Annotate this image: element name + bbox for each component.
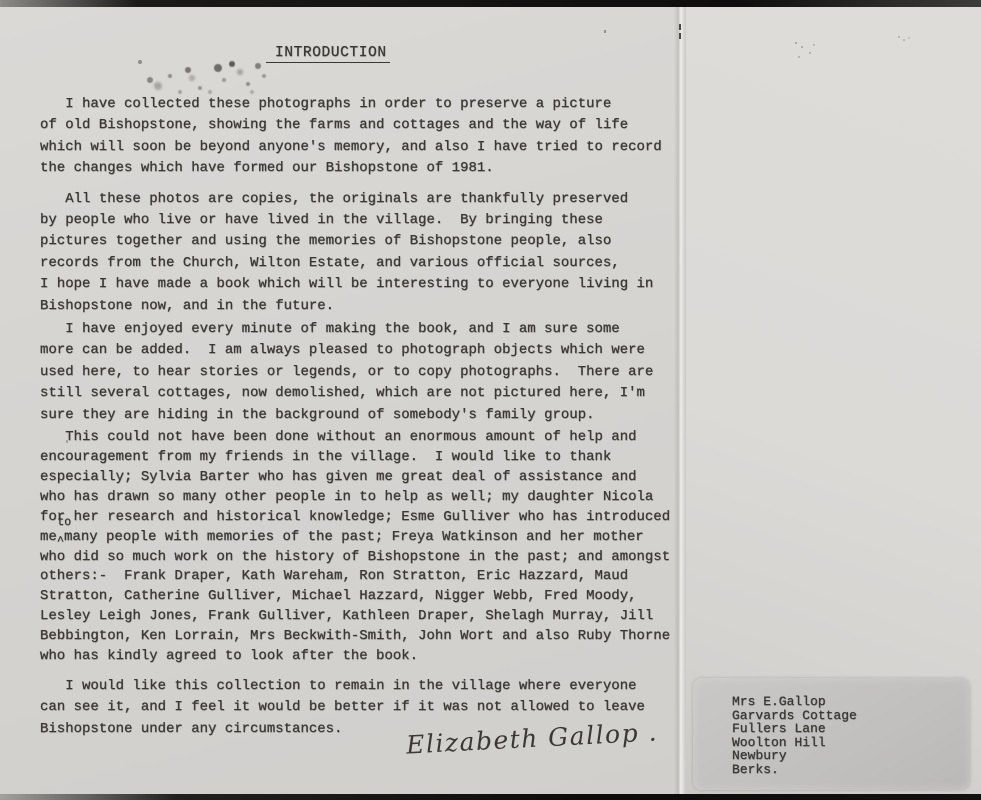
typed-insertion: to^ xyxy=(57,529,64,545)
scan-bottom-border xyxy=(0,794,981,800)
scan-speck xyxy=(898,36,900,38)
inserted-word: to xyxy=(57,517,71,528)
address-line-locality: Woolton Hill xyxy=(732,736,970,750)
address-label: Mrs E.Gallop Garvards Cottage Fullers La… xyxy=(693,678,970,790)
paragraph-photos-are-copies: All these photos are copies, the origina… xyxy=(40,189,688,317)
address-line-town: Newbury xyxy=(732,749,970,763)
scan-speck xyxy=(66,440,68,443)
paragraph-enjoyed-every-minute: I have enjoyed every minute of making th… xyxy=(40,319,688,426)
page-title: INTRODUCTION xyxy=(266,45,390,63)
address-line-county: Berks. xyxy=(732,763,970,777)
insertion-caret: ^ xyxy=(57,532,64,552)
acknowledgements-text-before-insertion: This could not have been done without an… xyxy=(40,429,670,545)
blank-page-margin xyxy=(686,7,981,794)
page-fold-edge xyxy=(674,7,686,794)
scan-speck xyxy=(604,30,606,33)
address-line-name: Mrs E.Gallop xyxy=(732,695,970,709)
paragraph-collected-photographs: I have collected these photographs in or… xyxy=(40,94,688,180)
scan-top-border xyxy=(0,0,981,7)
document-page: INTRODUCTION I have collected these phot… xyxy=(0,7,681,794)
address-line-street: Fullers Lane xyxy=(732,722,970,736)
paragraph-acknowledgements: This could not have been done without an… xyxy=(40,428,688,667)
ink-smudge xyxy=(138,60,142,64)
scanned-document: INTRODUCTION I have collected these phot… xyxy=(0,0,981,800)
address-line-house: Garvards Cottage xyxy=(732,709,970,723)
scan-speck xyxy=(679,24,681,30)
scan-speck xyxy=(795,42,797,44)
acknowledgements-text-after-insertion: many people with memories of the past; F… xyxy=(40,529,670,664)
